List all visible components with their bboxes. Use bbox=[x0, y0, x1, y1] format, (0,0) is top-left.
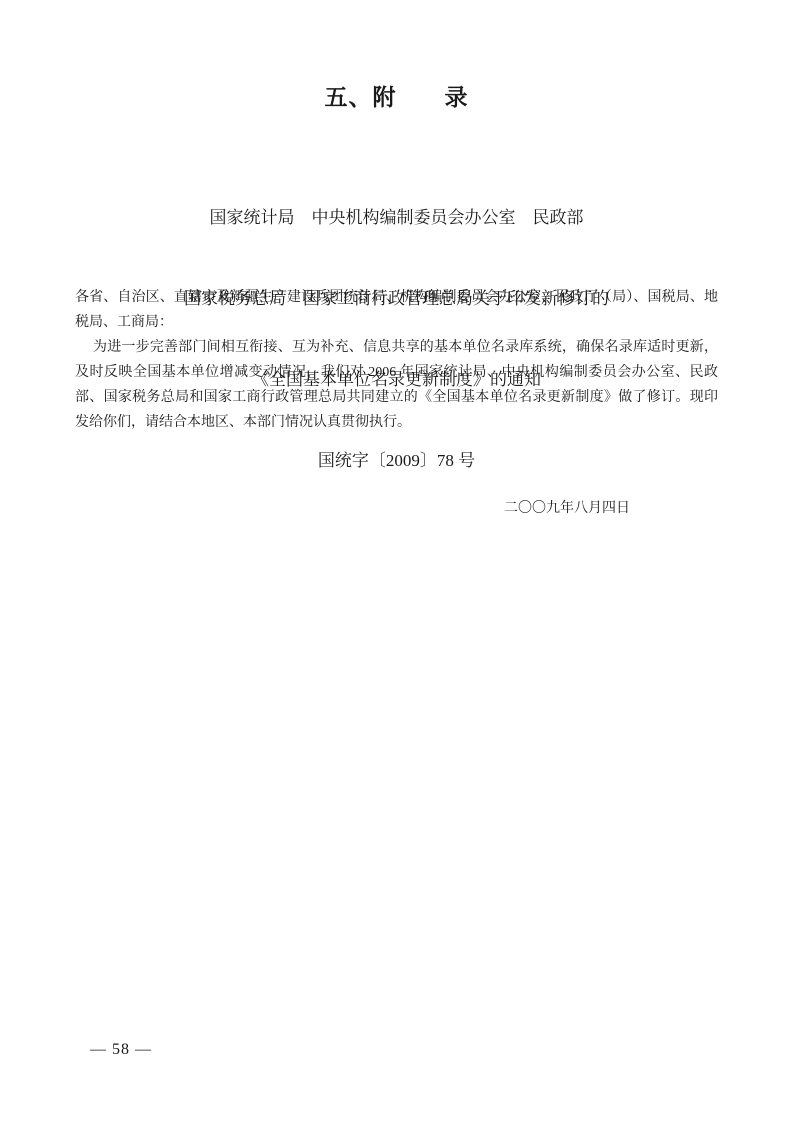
section-title: 五、附 录 bbox=[0, 84, 793, 110]
issue-date: 二〇〇九年八月四日 bbox=[75, 500, 630, 518]
notice-title-line-1: 国家统计局 中央机构编制委员会办公室 民政部 bbox=[75, 204, 718, 231]
document-page: 五、附 录 国家统计局 中央机构编制委员会办公室 民政部 国家税务总局 国家工商… bbox=[0, 0, 793, 1122]
salutation: 各省、自治区、直辖市及新疆生产建设兵团统计局、机构编制委员会办公室、民政厅（局）… bbox=[75, 285, 718, 335]
notice-body: 各省、自治区、直辖市及新疆生产建设兵团统计局、机构编制委员会办公室、民政厅（局）… bbox=[75, 285, 718, 435]
page-number: — 58 — bbox=[90, 1040, 152, 1060]
body-paragraph: 为进一步完善部门间相互衔接、互为补充、信息共享的基本单位名录库系统，确保名录库适… bbox=[75, 335, 718, 435]
document-number: 国统字〔2009〕78 号 bbox=[75, 447, 718, 474]
